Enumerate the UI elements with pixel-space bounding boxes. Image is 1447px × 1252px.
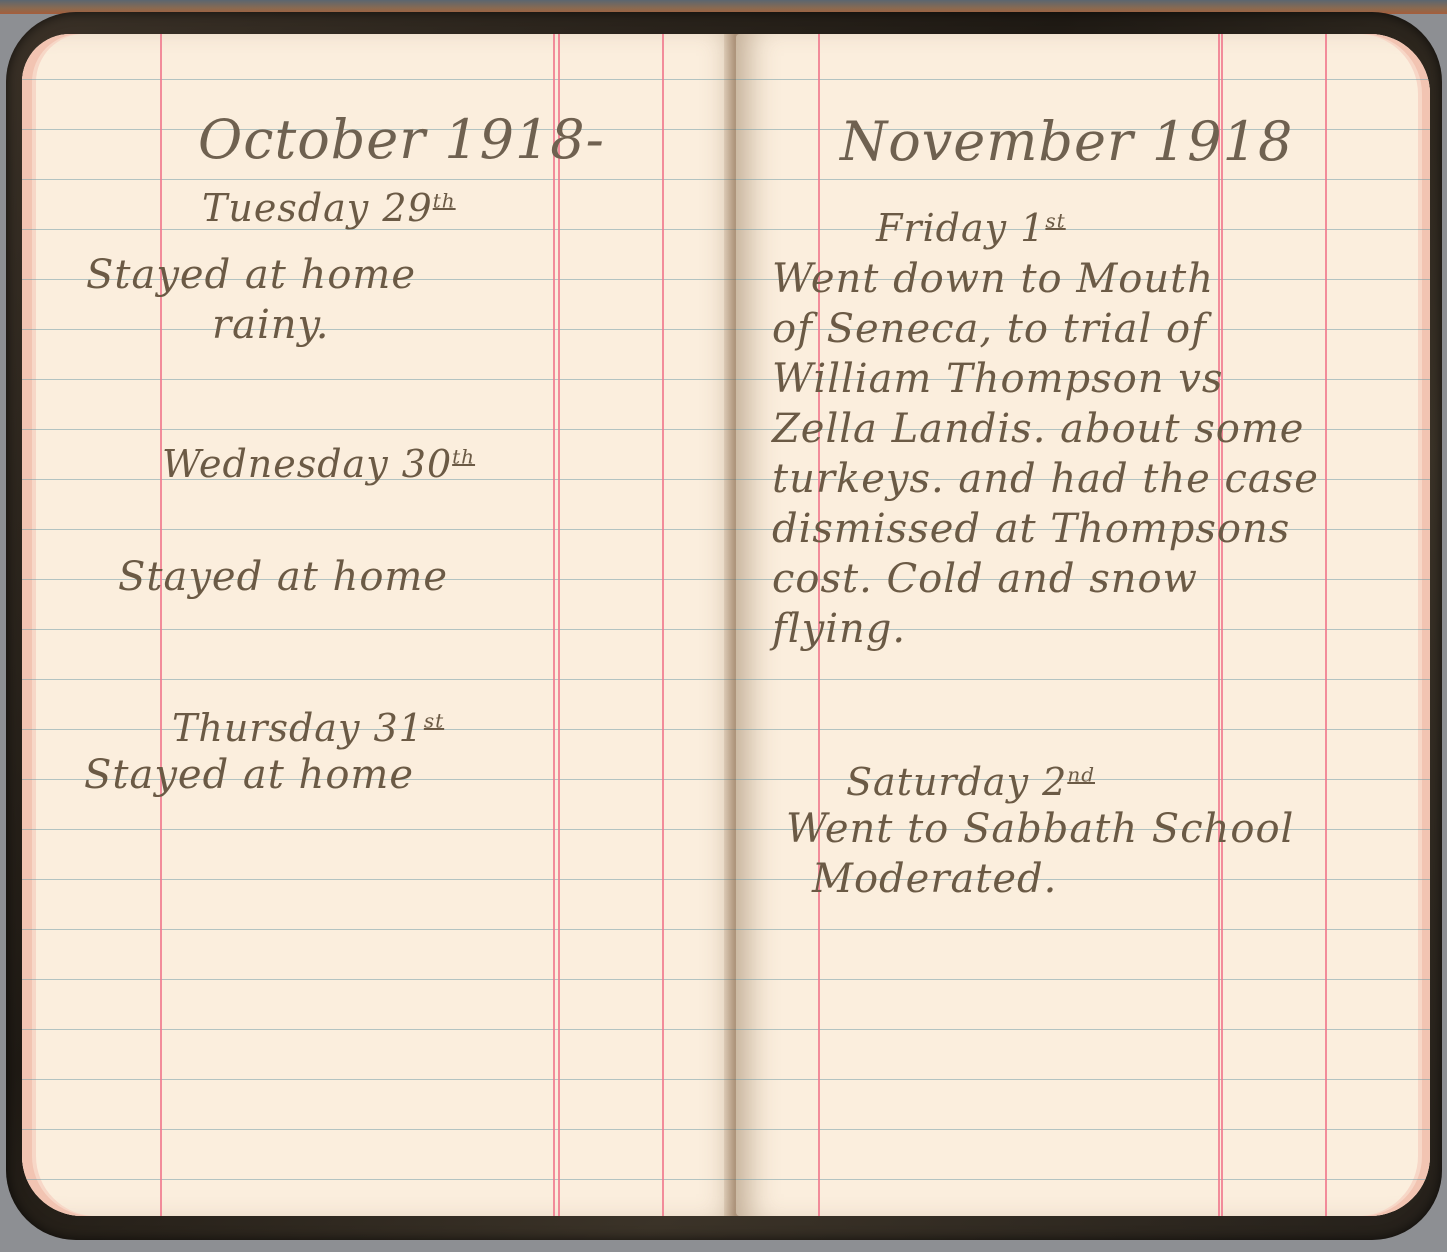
column-rule — [1218, 34, 1220, 1216]
day-heading: Friday 1st — [876, 206, 1066, 250]
column-rule — [558, 34, 560, 1216]
entry-line: Stayed at home — [86, 252, 416, 298]
entry-line: dismissed at Thompsons — [772, 506, 1290, 552]
entry-line: Stayed at home — [118, 554, 448, 600]
right-page: November 1918 Friday 1st Went down to Mo… — [736, 34, 1430, 1216]
entry-line: Stayed at home — [84, 752, 414, 798]
entry-line: cost. Cold and snow — [772, 556, 1198, 602]
day-heading: Wednesday 30th — [162, 442, 475, 486]
entry-line: William Thompson vs — [772, 356, 1223, 402]
day-heading: Thursday 31st — [172, 706, 444, 750]
day-heading: Tuesday 29th — [202, 186, 456, 230]
entry-line: Zella Landis. about some — [772, 406, 1304, 452]
column-rule — [662, 34, 664, 1216]
entry-line: Moderated. — [812, 856, 1057, 902]
entry-line: Went down to Mouth — [772, 256, 1214, 302]
month-heading: October 1918- — [198, 108, 605, 171]
day-heading: Saturday 2nd — [846, 760, 1095, 804]
entry-line: rainy. — [212, 302, 330, 348]
entry-line: turkeys. and had the case — [772, 456, 1319, 502]
entry-line: of Seneca, to trial of — [772, 306, 1207, 352]
month-heading: November 1918 — [840, 110, 1293, 173]
entry-line: flying. — [772, 606, 906, 652]
column-rule — [1221, 34, 1223, 1216]
left-page: October 1918- Tuesday 29th Stayed at hom… — [22, 34, 742, 1216]
column-rule — [553, 34, 555, 1216]
margin-rule — [160, 34, 162, 1216]
column-rule — [1325, 34, 1327, 1216]
entry-line: Went to Sabbath School — [786, 806, 1294, 852]
